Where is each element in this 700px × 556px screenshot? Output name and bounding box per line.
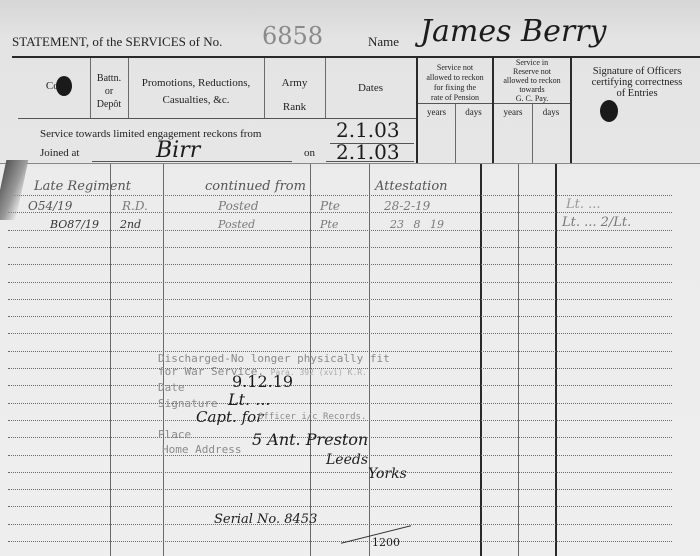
- header-gc-pay-line: towards: [494, 85, 570, 94]
- entry-1-promotion: Posted: [218, 199, 259, 213]
- home-address-value: 5 Ant. Preston: [252, 430, 368, 449]
- header-pension-line: allowed to reckon: [418, 73, 492, 83]
- entry-0-corps: Late Regiment: [34, 179, 131, 194]
- amount-note: 1200: [372, 536, 400, 549]
- ink-blot: [600, 100, 618, 122]
- entry-1-dates: 28-2-19: [384, 199, 430, 213]
- ink-blot: [56, 76, 72, 96]
- home-address-label: Home Address: [162, 443, 241, 456]
- home-address-city: Leeds: [326, 452, 368, 468]
- header-promotions-line: Casualties, &c.: [128, 92, 264, 109]
- entry-2-promotion: Posted: [218, 218, 255, 231]
- header-signature-line: certifying correctness: [574, 77, 700, 88]
- discharge-signature-value: Lt. ...: [228, 390, 270, 409]
- entry-0-promotion: continued from: [205, 179, 306, 194]
- entry-2-rank: Pte: [320, 218, 338, 231]
- officer-label: Officer i/c Records.: [258, 412, 366, 422]
- home-address-county: Yorks: [368, 466, 407, 482]
- body-top-rule: [0, 163, 700, 164]
- header-pension-line: rate of Pension: [418, 93, 492, 103]
- joined-on-date: 2.1.03: [336, 140, 400, 164]
- ruled-line: [8, 282, 672, 283]
- entry-1-corps: O54/19: [28, 199, 72, 213]
- discharge-stamp-line1: Discharged-No longer physically fit: [158, 352, 390, 365]
- entry-1-battn: R.D.: [122, 199, 148, 213]
- name-label: Name: [368, 34, 399, 50]
- header-pension: Service not allowed to reckon for fixing…: [418, 63, 492, 103]
- ruled-line: [8, 212, 672, 213]
- joined-at-value: Birr: [156, 138, 200, 163]
- ruled-line: [8, 489, 672, 490]
- header-gc-pay-line: Reserve not: [494, 67, 570, 76]
- ruled-line: [8, 299, 672, 300]
- serial-number: Serial No. 8453: [214, 512, 317, 527]
- header-signature-line: of Entries: [574, 88, 700, 99]
- service-number: 6858: [262, 22, 323, 50]
- title-prefix: STATEMENT, of the SERVICES of No.: [12, 34, 222, 49]
- entry-2-corps: BO87/19: [50, 218, 99, 231]
- header-gc-days: days: [532, 107, 570, 117]
- header-gc-pay-line: allowed to reckon: [494, 76, 570, 85]
- header-gc-pay-line: G. C. Pay.: [494, 94, 570, 103]
- sub-rule: [494, 103, 570, 104]
- page-fold: [0, 160, 28, 220]
- header-signature: Signature of Officers certifying correct…: [574, 66, 700, 99]
- header-pension-years: years: [418, 107, 455, 117]
- column-line: [518, 164, 519, 556]
- header-army-rank-line: Army: [264, 71, 325, 95]
- column-line: [110, 164, 111, 556]
- limited-engagement-date: 2.1.03: [336, 118, 400, 142]
- ruled-line: [8, 403, 672, 404]
- ruled-line: [8, 230, 672, 231]
- ruled-line: [8, 524, 672, 525]
- header-army-rank: Army Rank: [264, 71, 325, 119]
- header-pension-line: Service not: [418, 63, 492, 73]
- ruled-line: [8, 195, 672, 196]
- entry-1-signature: Lt. ...: [566, 197, 601, 212]
- service-record-page: STATEMENT, of the SERVICES of No. 6858 N…: [0, 0, 700, 556]
- header-promotions-line: Promotions, Reductions,: [128, 75, 264, 92]
- header-battn-line: Battn.: [90, 72, 128, 85]
- header-gc-pay-line: Service in: [494, 58, 570, 67]
- entry-0-dates: Attestation: [375, 179, 448, 194]
- ruled-line: [8, 316, 672, 317]
- name-value: James Berry: [420, 14, 606, 49]
- header-promotions: Promotions, Reductions, Casualties, &c.: [128, 75, 264, 109]
- ruled-line: [8, 333, 672, 334]
- header-army-rank-line: Rank: [264, 95, 325, 119]
- top-rule: [12, 56, 700, 58]
- ruled-line: [8, 247, 672, 248]
- column-line: [480, 164, 482, 556]
- limited-engagement-label: Service towards limited engagement recko…: [40, 128, 261, 140]
- header-signature-line: Signature of Officers: [574, 66, 700, 77]
- header-gc-pay: Service in Reserve not allowed to reckon…: [494, 58, 570, 103]
- sub-rule: [418, 103, 492, 104]
- header-battn-line: or: [90, 85, 128, 98]
- header-pension-days: days: [455, 107, 492, 117]
- ruled-line: [8, 472, 672, 473]
- ruled-line: [8, 506, 672, 507]
- header-battn-line: Depôt: [90, 98, 128, 111]
- header-pension-line: for fixing the: [418, 83, 492, 93]
- form-title: STATEMENT, of the SERVICES of No.: [12, 34, 222, 50]
- header-gc-years: years: [494, 107, 532, 117]
- column-line: [555, 164, 557, 556]
- ruled-line: [8, 264, 672, 265]
- ruled-line: [8, 385, 672, 386]
- captain-mark: Capt. for: [196, 408, 263, 426]
- joined-at-label: Joined at: [40, 147, 79, 159]
- discharge-date-label: Date: [158, 381, 185, 394]
- place-label: Place: [158, 428, 191, 441]
- header-dates: Dates: [325, 82, 416, 95]
- discharge-date-value: 9.12.19: [232, 372, 293, 391]
- entry-1-rank: Pte: [320, 199, 340, 213]
- on-label: on: [304, 147, 315, 159]
- entry-2-battn: 2nd: [120, 218, 141, 231]
- entry-2-signature: Lt. ... 2/Lt.: [562, 215, 631, 230]
- header-divider: [570, 58, 572, 164]
- header-battn: Battn. or Depôt: [90, 72, 128, 111]
- entry-2-dates: 23 8 19: [390, 218, 444, 231]
